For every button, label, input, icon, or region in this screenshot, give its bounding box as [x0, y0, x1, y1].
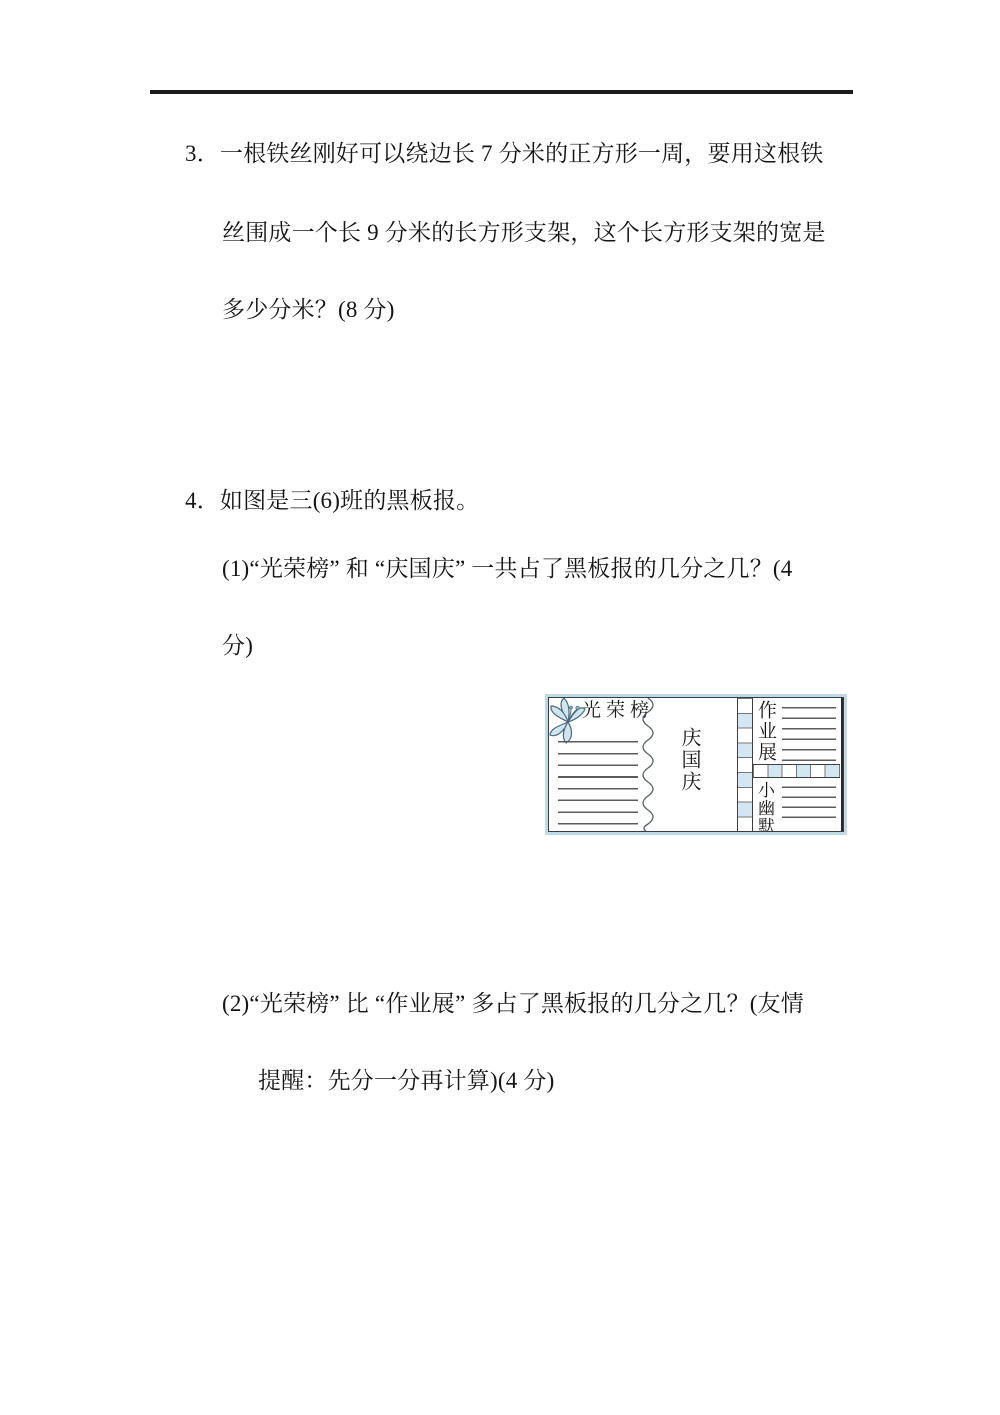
national-day-label: 庆国庆	[679, 727, 699, 793]
blackboard-newspaper-illustration: 光荣榜 庆国庆 作业展 小幽默	[545, 694, 847, 835]
worksheet-page: 3．一根铁丝刚好可以绕边长 7 分米的正方形一周，要用这根铁 丝围成一个长 9 …	[0, 0, 1000, 1415]
question-4-part1-line-1: (1)“光荣榜” 和 “庆国庆” 一共占了黑板报的几分之几？(4	[222, 554, 792, 584]
question-4-heading: 4．如图是三(6)班的黑板报。	[185, 486, 479, 516]
humor-label: 小幽默	[756, 781, 773, 831]
question-4-part2-line-1: (2)“光荣榜” 比 “作业展” 多占了黑板报的几分之几？(友情	[222, 989, 804, 1019]
blackboard-content: 光荣榜 庆国庆 作业展 小幽默	[549, 698, 840, 831]
question-3-line-1: 3．一根铁丝刚好可以绕边长 7 分米的正方形一周，要用这根铁	[185, 139, 824, 169]
ruled-lines-humor	[782, 778, 836, 826]
question-3-line-3: 多少分米？(8 分)	[222, 295, 395, 325]
wavy-line-divider	[639, 698, 657, 831]
question-4-part1-line-2: 分)	[222, 631, 253, 661]
homework-exhibit-label: 作业展	[756, 700, 775, 763]
decorative-cell-strip-horizontal	[753, 764, 840, 778]
question-3-line-2: 丝围成一个长 9 分米的长方形支架，这个长方形支架的宽是	[222, 218, 826, 248]
top-divider-rule	[150, 90, 853, 94]
ruled-lines-homework	[782, 698, 836, 761]
question-4-part2-line-2: 提醒：先分一分再计算)(4 分)	[258, 1066, 554, 1096]
decorative-cell-strip-vertical	[737, 698, 753, 831]
ruled-lines-honor-roll	[558, 731, 638, 825]
